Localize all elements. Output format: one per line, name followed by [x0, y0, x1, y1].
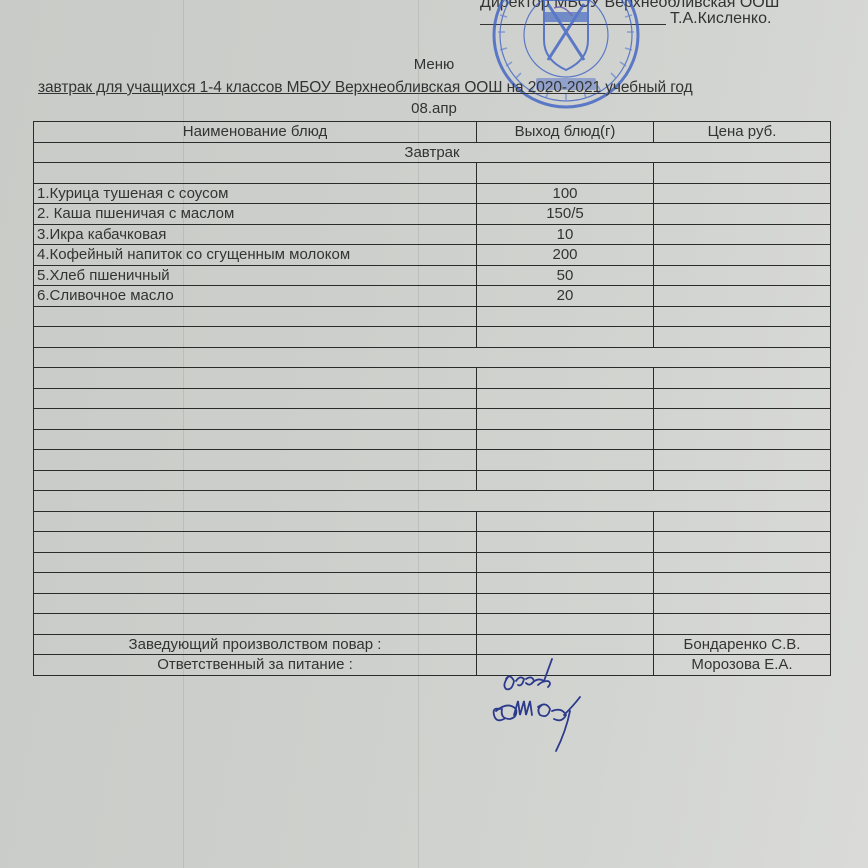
dish-yield: 200 — [477, 245, 654, 266]
menu-title: Меню — [0, 56, 868, 73]
dish-yield: 20 — [477, 286, 654, 307]
signature-person-name: Бондаренко С.В. — [654, 634, 831, 655]
table-row: 6.Сливочное масло 20 — [34, 286, 831, 307]
table-row-empty — [34, 388, 831, 409]
table-row-empty — [34, 573, 831, 594]
dish-name: 2. Каша пшеничая с маслом — [34, 204, 477, 225]
menu-date: 08.апр — [0, 100, 868, 117]
dish-price — [654, 183, 831, 204]
menu-table: Наименование блюд Выход блюд(г) Цена руб… — [33, 121, 831, 676]
dish-yield: 150/5 — [477, 204, 654, 225]
dish-yield: 50 — [477, 265, 654, 286]
table-row-empty — [34, 593, 831, 614]
table-row-empty — [34, 429, 831, 450]
table-row-empty — [34, 327, 831, 348]
signature-cell — [477, 655, 654, 676]
table-row: 1.Курица тушеная с соусом 100 — [34, 183, 831, 204]
section-row: Завтрак — [34, 142, 831, 163]
dish-name: 6.Сливочное масло — [34, 286, 477, 307]
table-row-empty — [34, 163, 831, 184]
dish-yield: 100 — [477, 183, 654, 204]
table-row-merged-empty — [34, 491, 831, 512]
dish-price — [654, 265, 831, 286]
table-row-empty — [34, 552, 831, 573]
signature-role: Ответственный за питание : — [34, 655, 477, 676]
table-row-empty — [34, 368, 831, 389]
dish-name: 5.Хлеб пшеничный — [34, 265, 477, 286]
signature-role: Заведующий произволством повар : — [34, 634, 477, 655]
director-signature-line: Т.А.Кисленко. — [480, 10, 771, 28]
table-row: 2. Каша пшеничая с маслом 150/5 — [34, 204, 831, 225]
dish-yield: 10 — [477, 224, 654, 245]
table-row-empty — [34, 306, 831, 327]
dish-price — [654, 224, 831, 245]
signature-underline — [480, 24, 666, 25]
table-row-merged-empty — [34, 347, 831, 368]
signature-person-name: Морозова Е.А. — [654, 655, 831, 676]
table-row: 4.Кофейный напиток со сгущенным молоком … — [34, 245, 831, 266]
dish-price — [654, 245, 831, 266]
column-header-yield: Выход блюд(г) — [477, 122, 654, 143]
table-row-empty — [34, 450, 831, 471]
signature-row-cook: Заведующий произволством повар : Бондаре… — [34, 634, 831, 655]
column-header-price: Цена руб. — [654, 122, 831, 143]
section-title-breakfast: Завтрак — [34, 142, 831, 163]
dish-price — [654, 286, 831, 307]
dish-name: 1.Курица тушеная с соусом — [34, 183, 477, 204]
table-header-row: Наименование блюд Выход блюд(г) Цена руб… — [34, 122, 831, 143]
table-row: 5.Хлеб пшеничный 50 — [34, 265, 831, 286]
table-row-empty — [34, 409, 831, 430]
table-row-empty — [34, 532, 831, 553]
table-row-empty — [34, 614, 831, 635]
menu-subtitle: завтрак для учащихся 1-4 классов МБОУ Ве… — [38, 79, 693, 97]
column-header-dish-name: Наименование блюд — [34, 122, 477, 143]
table-row-empty — [34, 511, 831, 532]
director-name: Т.А.Кисленко. — [670, 10, 771, 27]
signature-cell — [477, 634, 654, 655]
dish-price — [654, 204, 831, 225]
table-row: 3.Икра кабачковая 10 — [34, 224, 831, 245]
signature-row-responsible: Ответственный за питание : Морозова Е.А. — [34, 655, 831, 676]
table-row-empty — [34, 470, 831, 491]
dish-name: 4.Кофейный напиток со сгущенным молоком — [34, 245, 477, 266]
dish-name: 3.Икра кабачковая — [34, 224, 477, 245]
